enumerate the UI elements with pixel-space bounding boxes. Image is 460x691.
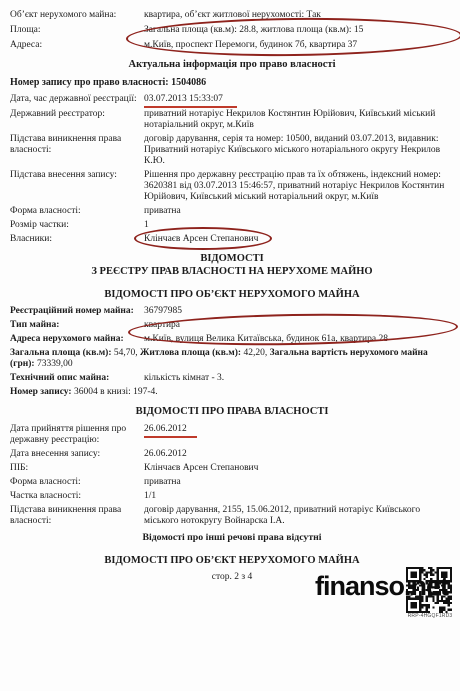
- row-value: Загальна площа (кв.м): 28.8, житлова пло…: [144, 25, 454, 36]
- row-value: 03.07.2013 15:33:07: [144, 94, 454, 106]
- rights-info-table: Дата прийняття рішення про державну реєс…: [10, 424, 454, 527]
- registry-title-line1: ВІДОМОСТІ: [10, 253, 454, 265]
- row-label: Частка власності:: [10, 491, 144, 502]
- row-entry-date: Дата внесення запису: 26.06.2012: [10, 449, 454, 460]
- area-and-value-line: Загальна площа (кв.м): 54,70, Житлова пл…: [10, 348, 454, 370]
- property-value-value: 73339,00: [35, 359, 73, 369]
- area-living-label: Житлова площа (кв.м):: [140, 348, 241, 358]
- next-section-title: ВІДОМОСТІ ПРО ОБ’ЄКТ НЕРУХОМОГО МАЙНА: [10, 555, 454, 567]
- owner-name: Клінчаєв Арсен Степанович: [144, 234, 258, 244]
- row-value: Клінчаєв Арсен Степанович: [144, 234, 454, 245]
- document-page: Об’єкт нерухомого майна: квартира, об’єк…: [0, 0, 460, 691]
- row-ownership-share: Частка власності: 1/1: [10, 491, 454, 502]
- row-label: Підстава виникнення права власності:: [10, 505, 144, 527]
- row-decision-date: Дата прийняття рішення про державну реєс…: [10, 424, 454, 446]
- row-label: ПІБ:: [10, 463, 144, 474]
- row-share-size: Розмір частки: 1: [10, 220, 454, 231]
- row-label: Державний реєстратор:: [10, 109, 144, 131]
- row-technical-description: Технічний опис майна: кількість кімнат -…: [10, 373, 454, 384]
- row-value: 26.06.2012: [144, 449, 454, 460]
- row-ownership-basis2: Підстава виникнення права власності: дог…: [10, 505, 454, 527]
- row-value: договір дарування, серія та номер: 10500…: [144, 134, 454, 167]
- row-label: Форма власності:: [10, 206, 144, 217]
- row-value: квартира, об’єкт житлової нерухомості: Т…: [144, 10, 454, 21]
- row-state-registrar: Державний реєстратор: приватний нотаріус…: [10, 109, 454, 131]
- row-label: Тип майна:: [10, 320, 144, 331]
- row-ownership-form2: Форма власності: приватна: [10, 477, 454, 488]
- row-property-type: Тип майна: квартира: [10, 320, 454, 331]
- row-label: Об’єкт нерухомого майна:: [10, 10, 144, 21]
- row-label: Форма власності:: [10, 477, 144, 488]
- other-rights-note: Відомості про інші речові права відсутні: [10, 532, 454, 543]
- actual-info-table: Дата, час державної реєстрації: 03.07.20…: [10, 94, 454, 245]
- row-value: квартира: [144, 320, 454, 331]
- row-value: договір дарування, 2155, 15.06.2012, при…: [144, 505, 454, 527]
- row-label: Реєстраційний номер майна:: [10, 306, 144, 317]
- row-registration-datetime: Дата, час державної реєстрації: 03.07.20…: [10, 94, 454, 106]
- row-label: Технічний опис майна:: [10, 373, 144, 384]
- section-title-object-info: ВІДОМОСТІ ПРО ОБ’ЄКТ НЕРУХОМОГО МАЙНА: [10, 289, 454, 301]
- row-label: Площа:: [10, 25, 144, 36]
- area-address-group: Площа: Загальна площа (кв.м): 28.8, житл…: [10, 25, 454, 51]
- page-footer: ВІДОМОСТІ ПРО ОБ’ЄКТ НЕРУХОМОГО МАЙНА ст…: [10, 555, 454, 627]
- row-area: Площа: Загальна площа (кв.м): 28.8, житл…: [10, 25, 454, 36]
- row-label: Адреса:: [10, 40, 144, 51]
- row-ownership-form: Форма власності: приватна: [10, 206, 454, 217]
- red-ellipse-annotation: [126, 16, 460, 58]
- row-owners: Власники: Клінчаєв Арсен Степанович: [10, 234, 454, 245]
- underlined-date: 26.06.2012: [144, 424, 197, 436]
- row-label: Розмір частки:: [10, 220, 144, 231]
- row-object-type: Об’єкт нерухомого майна: квартира, об’єк…: [10, 10, 454, 21]
- record-number-line: Номер запису: 36004 в книзі: 197-4.: [10, 387, 454, 398]
- row-value: Клінчаєв Арсен Степанович: [144, 463, 454, 474]
- object-info-table: Реєстраційний номер майна: 36797985 Тип …: [10, 306, 454, 398]
- row-registration-number: Реєстраційний номер майна: 36797985: [10, 306, 454, 317]
- section-title-rights-info: ВІДОМОСТІ ПРО ПРАВА ВЛАСНОСТІ: [10, 406, 454, 418]
- row-label: Дата внесення запису:: [10, 449, 144, 460]
- row-value: м.Київ, вулиця Велика Китаївська, будино…: [144, 334, 454, 345]
- row-property-address: Адреса нерухомого майна: м.Київ, вулиця …: [10, 334, 454, 345]
- area-living-value: 42,20,: [241, 348, 270, 358]
- row-value: Рішення про державну реєстрацію прав та …: [144, 170, 454, 203]
- watermark-text: finanso.net: [315, 581, 448, 592]
- row-label: Дата, час державної реєстрації:: [10, 94, 144, 106]
- row-full-name: ПІБ: Клінчаєв Арсен Степанович: [10, 463, 454, 474]
- row-value: 26.06.2012: [144, 424, 454, 446]
- row-value: приватна: [144, 477, 454, 488]
- row-value: 36797985: [144, 306, 454, 317]
- owner-name-group: Клінчаєв Арсен Степанович: [144, 234, 258, 245]
- underlined-date: 03.07.2013 15:33:07: [144, 94, 237, 106]
- ownership-record-number: Номер запису про право власності: 150408…: [10, 77, 454, 88]
- row-record-basis: Підстава внесення запису: Рішення про де…: [10, 170, 454, 203]
- row-label: Підстава виникнення права власності:: [10, 134, 144, 167]
- row-label: Дата прийняття рішення про державну реєс…: [10, 424, 144, 446]
- row-value: 1/1: [144, 491, 454, 502]
- row-value: приватна: [144, 206, 454, 217]
- row-value: кількість кімнат - 3.: [144, 373, 454, 384]
- area-total-label: Загальна площа (кв.м):: [10, 348, 112, 358]
- row-ownership-basis: Підстава виникнення права власності: дог…: [10, 134, 454, 167]
- type-address-group: Тип майна: квартира Адреса нерухомого ма…: [10, 320, 454, 345]
- row-value: м.Київ, проспект Перемоги, будинок 7б, к…: [144, 40, 454, 51]
- row-label: Адреса нерухомого майна:: [10, 334, 144, 345]
- registry-title-line2: З РЕЄСТРУ ПРАВ ВЛАСНОСТІ НА НЕРУХОМЕ МАЙ…: [10, 266, 454, 278]
- row-label: Власники:: [10, 234, 144, 245]
- record-number-value: 36004 в книзі: 197-4.: [72, 387, 158, 397]
- row-label: Підстава внесення запису:: [10, 170, 144, 203]
- qr-caption: RRP-4HGQF1RD3: [406, 613, 454, 619]
- row-address: Адреса: м.Київ, проспект Перемоги, будин…: [10, 40, 454, 51]
- row-value: 1: [144, 220, 454, 231]
- row-value: приватний нотаріус Некрилов Костянтин Юр…: [144, 109, 454, 131]
- record-number-label: Номер запису:: [10, 387, 72, 397]
- area-total-value: 54,70,: [112, 348, 141, 358]
- section-title-actual-info: Актуальна інформація про право власності: [10, 59, 454, 71]
